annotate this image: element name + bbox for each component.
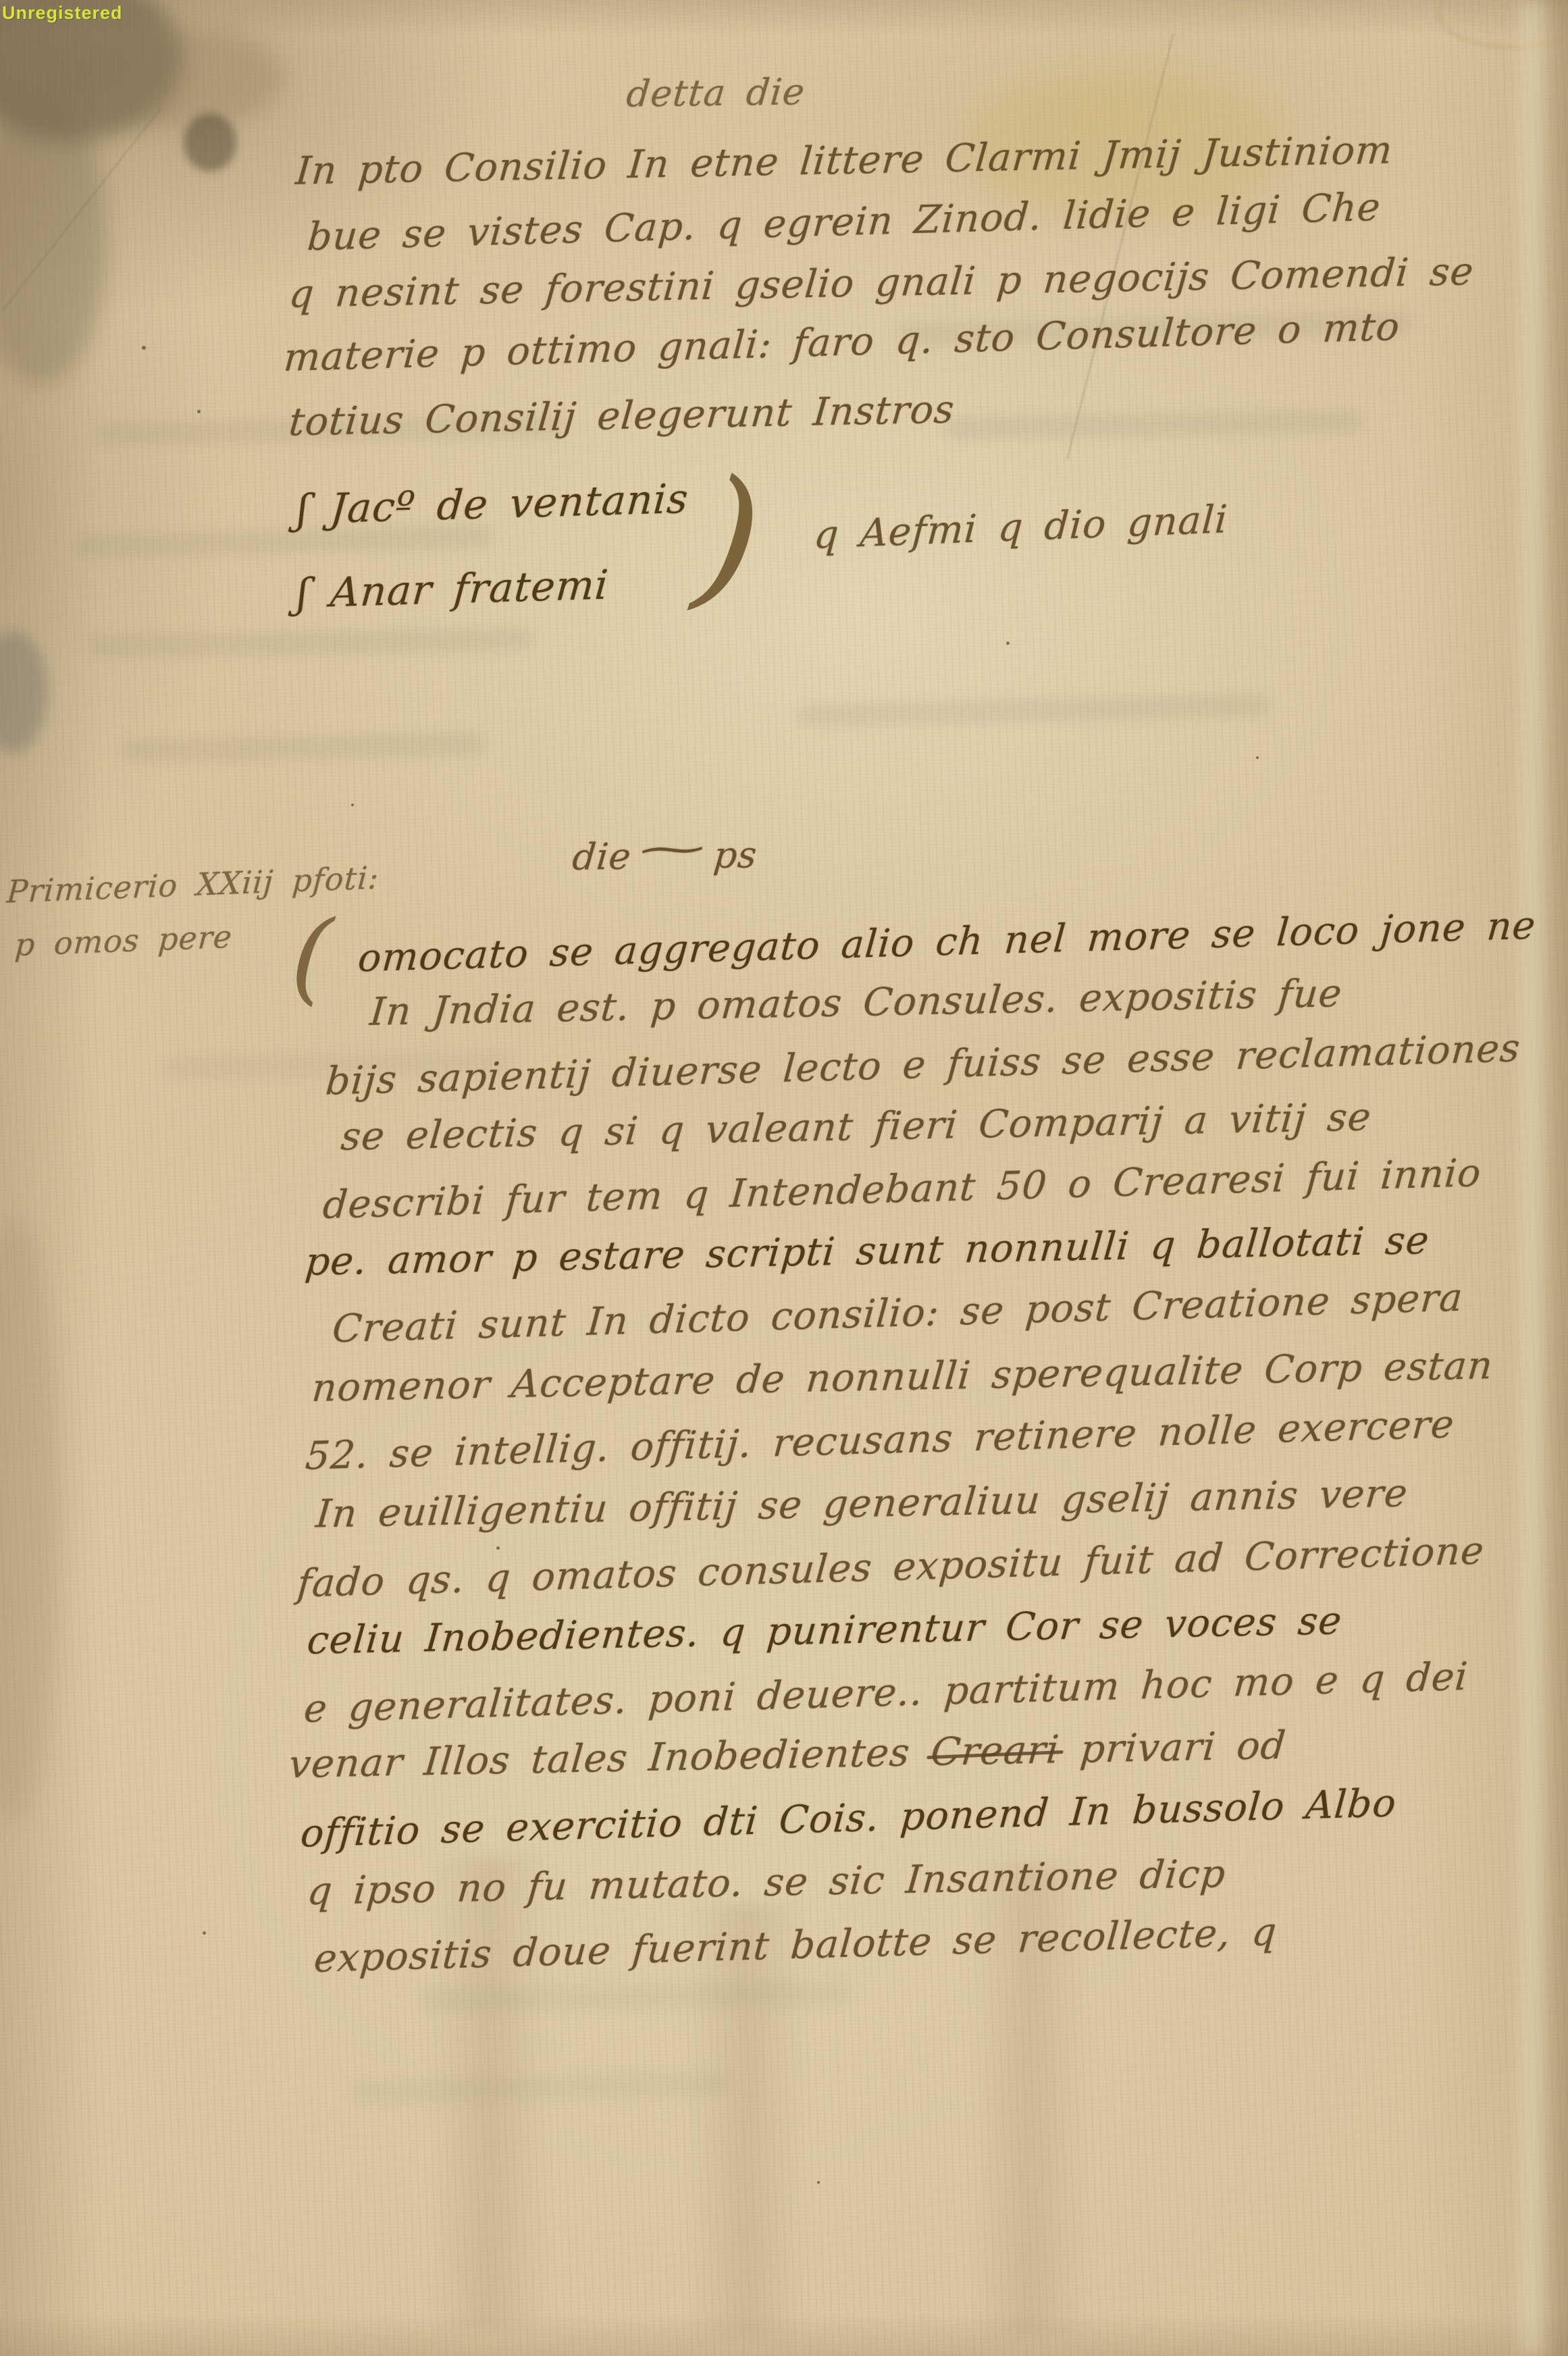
struck-word: Creari [929,1727,1062,1775]
ink-speck [817,2181,820,2184]
show-through-mark [88,627,533,658]
heading-flourish: ∼ [631,827,716,871]
opening-paren: ( [288,905,335,1009]
manuscript-line: Creati sunt In dicto consilio: se post C… [331,1276,1465,1352]
ink-speck [1256,756,1259,759]
manuscript-line: materie p ottimo gnali: faro q. sto Cons… [282,305,1402,380]
margin-note-line: p omos pere [14,918,234,964]
manuscript-line: totius Consilij elegerunt Instros [287,387,956,444]
heading-abbrev: ps [712,833,759,876]
stain [0,631,47,753]
manuscript-line: bue se vistes Cap. q egrein Zinod. lidie… [306,185,1382,260]
show-through-mark [122,732,487,762]
manuscript-line: se electis q si q valeant fieri Comparij… [339,1095,1373,1159]
show-through-mark [797,693,1270,727]
paper-cockle [432,1857,547,2330]
manuscript-line: describi fur tem q Intendebant 50 o Crea… [321,1151,1483,1228]
electee-note: q Aefmi q dio gnali [812,497,1229,558]
ink-blot [184,113,236,172]
manuscript-page: Unregistered detta die In pto Consilio I… [0,0,1568,2356]
stain [101,27,284,128]
electee-name: ʃ Anar fratemi [295,561,610,617]
stain [0,1215,61,1823]
electee-name: ʃ Jacº de ventanis [295,475,690,533]
manuscript-line-with-strikeout: venar Illos tales Inobedientes Creari pr… [287,1723,1288,1787]
entry-heading: detta die [625,70,807,115]
ink-speck [351,804,354,806]
manuscript-line: In euilligentiu offitij se generaliuu gs… [314,1471,1409,1536]
manuscript-line: celiu Inobedientes. q punirentur Cor se … [305,1598,1344,1663]
line-text: venar Illos tales Inobedientes [287,1730,933,1787]
heading-date-word: die [571,835,633,879]
manuscript-line: offitio se exercitio dti Cois. ponend In… [299,1781,1399,1856]
ink-speck [203,1931,206,1935]
ink-speck [142,346,146,350]
unregistered-watermark: Unregistered [2,3,123,24]
manuscript-line: fado qs. q omatos consules expositu fuit… [296,1528,1486,1606]
manuscript-line: pe. amor p estare scripti sunt nonnulli … [303,1218,1431,1284]
page-curl-highlight [1513,0,1553,2356]
entry-heading: die∼ps [571,833,759,878]
manuscript-line: omocato se aggregato alio ch nel more se… [357,904,1538,981]
manuscript-line: e generalitates. poni deuere.. partitum … [303,1654,1470,1731]
manuscript-line: q nesint se forestini gselio gnali p neg… [287,249,1475,317]
manuscript-line: 52. se intellig. offitij. recusans retin… [304,1402,1457,1479]
manuscript-line: In Jndia est. p omatos Consules. exposit… [368,971,1344,1035]
ink-speck [197,410,201,413]
show-through-mark [945,410,1364,440]
manuscript-line: bijs sapientij diuerse lecto e fuiss se … [324,1026,1522,1104]
manuscript-line: nomenor Acceptare de nonnulli sperequali… [310,1343,1494,1411]
ink-speck [496,1546,500,1550]
line-text: privari od [1057,1723,1288,1773]
ink-speck [1006,642,1010,645]
grouping-bracket: ) [689,457,768,619]
